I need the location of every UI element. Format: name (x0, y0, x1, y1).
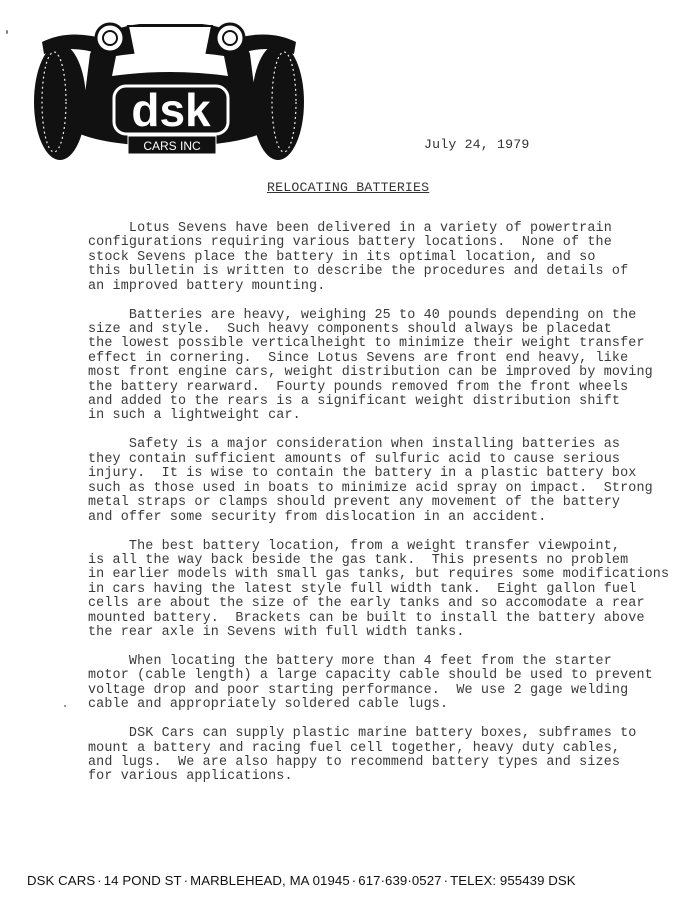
footer-company: DSK CARS (27, 873, 95, 888)
paragraph: Batteries are heavy, weighing 25 to 40 p… (88, 309, 688, 424)
footer-city: MARBLEHEAD, MA 01945 (190, 873, 350, 888)
footer-telex: TELEX: 955439 DSK (450, 873, 576, 888)
paragraph: When locating the battery more than 4 fe… (88, 655, 688, 713)
footer-phone: 617·639·0527 (358, 873, 441, 888)
paragraph: Safety is a major consideration when ins… (88, 438, 688, 524)
logo-subtext: CARS INC (143, 139, 201, 153)
bulletin-body: Lotus Sevens have been delivered in a va… (88, 222, 688, 799)
car-front-icon: dsk CARS INC (30, 14, 310, 174)
paragraph: DSK Cars can supply plastic marine batte… (88, 727, 688, 785)
paragraph: Lotus Sevens have been delivered in a va… (88, 222, 688, 294)
letter-date: July 24, 1979 (424, 137, 529, 152)
logo-text: dsk (131, 84, 211, 136)
bulletin-title: RELOCATING BATTERIES (267, 180, 429, 195)
paragraph: The best battery location, from a weight… (88, 540, 688, 641)
scan-speck (64, 705, 66, 707)
dsk-cars-logo: dsk CARS INC (30, 14, 310, 174)
footer-address: 14 POND ST (104, 873, 182, 888)
scan-speck (6, 30, 8, 34)
letterhead-footer: DSK CARS·14 POND ST·MARBLEHEAD, MA 01945… (27, 873, 576, 888)
